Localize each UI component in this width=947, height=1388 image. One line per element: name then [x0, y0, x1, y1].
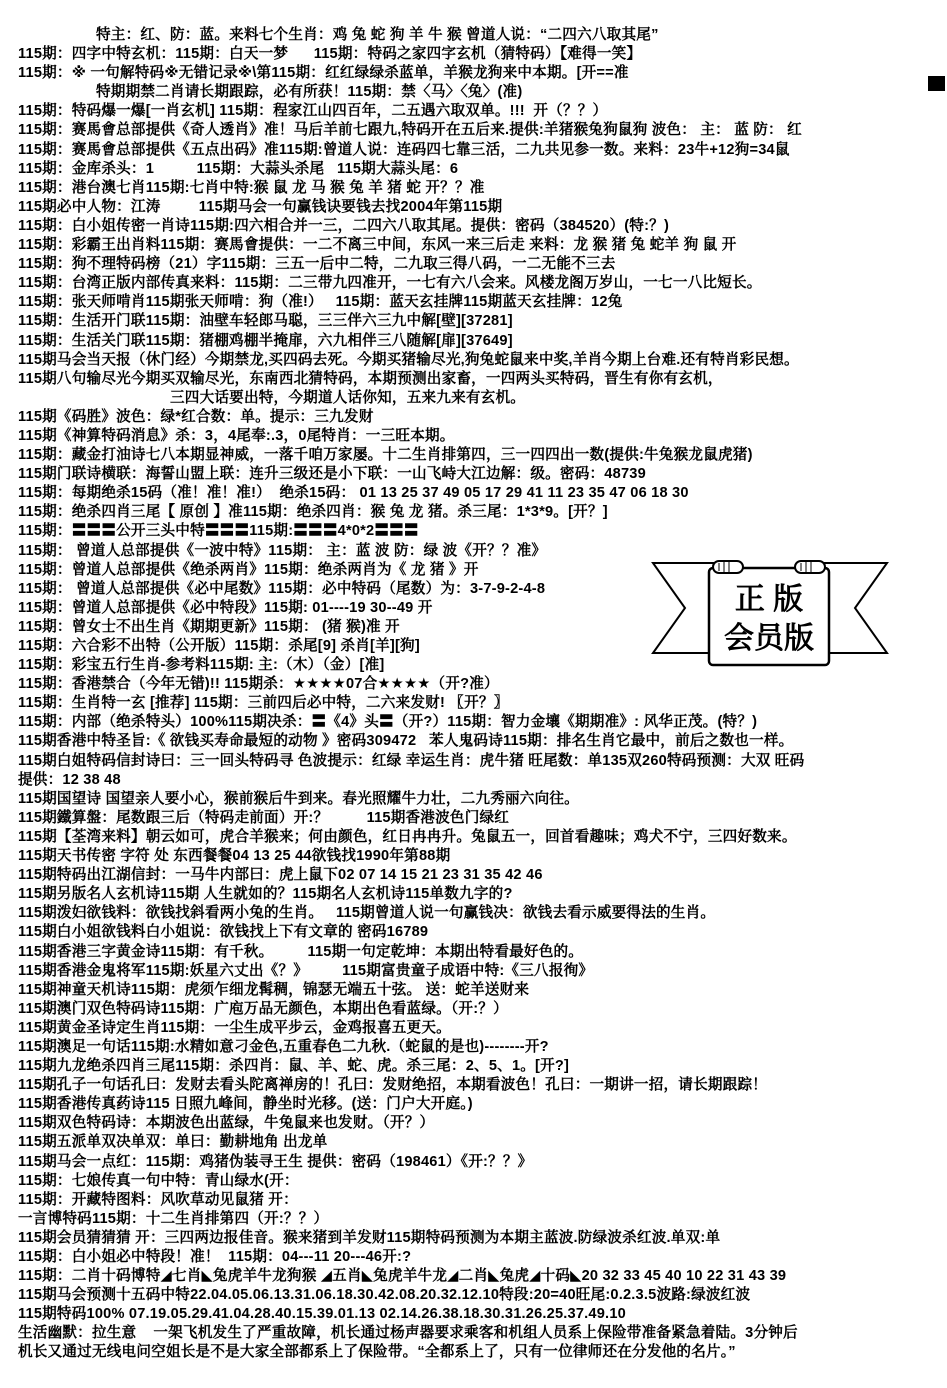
text-line: 特期期禁二肖请长期跟踪，必有所获！115期：禁〈马〉〈兔〉(准) [18, 83, 947, 102]
text-line: 115期：彩霸王出肖料115期：赛馬會提供：一二不离三中间，东风一来三后走 来料… [18, 236, 947, 255]
text-line: 115期澳足一句话115期:水精如意刁金色,五重春色二九秋.（蛇鼠的是也)---… [18, 1038, 947, 1057]
text-line: 115期：绝杀四肖三尾【 原创 】准115期：绝杀四肖：猴 兔 龙 猪。杀三尾：… [18, 503, 947, 522]
text-line: 115期孔子一句话孔曰：发财去看头陀离禅房的！孔曰：发财绝招，本期看波色！孔曰：… [18, 1076, 947, 1095]
black-mark [928, 76, 945, 91]
text-line: 115期另版名人玄机诗115期 人生就如的？115期名人玄机诗115单数九字的? [18, 885, 947, 904]
text-line: 115期澳门双色特码诗115期：广庖万品无颜色，本期出色看蓝绿。（开:？） [18, 1000, 947, 1019]
text-line: 115期特码100% 07.19.05.29.41.04.28.40.15.39… [18, 1305, 947, 1324]
text-line: 115期门联诗横联：海誓山盟上联：连升三级还是小下联：一山飞峙大江边解：级。密码… [18, 465, 947, 484]
text-line: 提供：12 38 48 [18, 771, 947, 790]
text-line: 115期特码出江湖信封：一马牛内部曰：虎上鼠下02 07 14 15 21 23… [18, 866, 947, 885]
text-line: 115期：四字中特玄机：115期：白天一梦 115期：特码之家四字玄机（猜特码）… [18, 45, 947, 64]
text-line: 115期：白小姐传密一肖诗115期:四六相合并一三，二四六八取其尾。提供：密码（… [18, 217, 947, 236]
text-line: 115期：特码爆一爆[一肖玄机] 115期：程家江山四百年，二五遇六取双单。!!… [18, 102, 947, 121]
text-line: 115期会员猜猜猜 开：三四两边报佳音。猴来猪到羊发财115期特码预测为本期主蓝… [18, 1229, 947, 1248]
text-line: 115期马会预测十五码中特22.04.05.06.13.31.06.18.30.… [18, 1286, 947, 1305]
text-line: 115期【荃湾来料】朝云如可，虎合羊猴来；何由颜色，红日冉冉升。兔鼠五一，回首看… [18, 828, 947, 847]
text-line: 115期香港三字黄金诗115期：有千秋。 115期一句定乾坤：本期出特看最好色的… [18, 943, 947, 962]
text-line: 115期：白小姐必中特段！准！ 115期：04---11 20---46开:? [18, 1248, 947, 1267]
lottery-tips-document: 特主：红、防：蓝。来料七个生肖：鸡 兔 蛇 狗 羊 牛 猴 曾道人说：“二四六八… [0, 0, 947, 1388]
text-line: 115期：生活关门联115期：猪棚鸡棚半掩扉，六九相伴三八随解[扉][37649… [18, 332, 947, 351]
text-line: 115期《码胜》波色：绿*红合数：单。提示：三九发财 [18, 408, 947, 427]
text-line: 115期马会一点红：115期：鸡猪伪装寻王生 提供：密码（198461）《开:？… [18, 1153, 947, 1172]
document-text-block: 特主：红、防：蓝。来料七个生肖：鸡 兔 蛇 狗 羊 牛 猴 曾道人说：“二四六八… [18, 26, 947, 1363]
text-line: 115期双色特码诗：本期波色出蓝绿，牛兔鼠来也发财。（开？） [18, 1114, 947, 1133]
text-line: 115期香港金鬼将军115期:妖星六丈出《？》 115期富贵童子成语中特:《三八… [18, 962, 947, 981]
text-line: 115期：〓〓〓公开三头中特〓〓〓115期:〓〓〓4*0*2〓〓〓 [18, 522, 947, 541]
text-line: 特主：红、防：蓝。来料七个生肖：鸡 兔 蛇 狗 羊 牛 猴 曾道人说：“二四六八… [18, 26, 947, 45]
text-line: 115期白小姐欲钱料白小姐说：欲钱找上下有文章的 密码16789 [18, 923, 947, 942]
text-line: 115期八句输尽光今期买双输尽光，东南西北猜特码，本期预测出家畜，一四两头买特码… [18, 370, 947, 389]
text-line: 115期国望诗 国望亲人要小心，猴前猴后牛到来。春光照耀牛力壮，二九秀丽六向往。 [18, 790, 947, 809]
text-line: 115期：金库杀头：1 115期：大蒜头杀尾 115期大蒜头尾：6 [18, 160, 947, 179]
ribbon-text-line1: 正 版 [735, 583, 803, 616]
text-line: 115期五派单双决单双：单曰：勤耕地角 出龙单 [18, 1133, 947, 1152]
text-line: 115期：七娘传真一句中特：青山绿水(开： [18, 1172, 947, 1191]
text-line: 115期：内部（绝杀特头）100%115期决杀：〓《4》头〓（开?）115期：智… [18, 713, 947, 732]
text-line: 115期：二肖十码博特◢七肖◣兔虎羊牛龙狗猴 ◢五肖◣兔虎羊牛龙◢二肖◣兔虎◢十… [18, 1267, 947, 1286]
text-line: 115期：赛馬會总部提供《奇人透肖》准！马后羊前七跟九,特码开在五后来.提供:羊… [18, 121, 947, 140]
scroll-curl-left-icon [713, 561, 743, 573]
text-line: 115期：台湾正版内部传真来料：115期：二三带九四准开，一七有六八会来。风楼龙… [18, 274, 947, 293]
text-line: 一言博特码115期：十二生肖排第四（开:？？） [18, 1210, 947, 1229]
text-line: 115期：生活开门联115期：油壁车轻郎马聪，三三伴六三九中解[壁][37281… [18, 312, 947, 331]
text-line: 115期：※ 一句解特码※无错记录※\第115期：红红绿绿杀蓝单，羊猴龙狗来中本… [18, 64, 947, 83]
text-line: 三四大话要出特，今期道人话你知，五来九来有玄机。 [18, 389, 947, 408]
text-line: 115期泼妇欲钱料：欲钱找斜看两小兔的生肖。 115期曾道人说一句赢钱决：欲钱去… [18, 904, 947, 923]
text-line: 115期香港中特圣旨:《 欲钱买寿命最短的动物 》密码309472 苯人鬼码诗1… [18, 732, 947, 751]
authenticity-ribbon: 正 版 会员版 [645, 553, 895, 673]
text-line: 机长又通过无线电问空姐长是不是大家全部都系上了保险带。“全都系上了，只有一位律师… [18, 1343, 947, 1362]
text-line: 115期：港台澳七肖115期:七肖中特:猴 鼠 龙 马 猴 兔 羊 猪 蛇 开？… [18, 179, 947, 198]
text-line: 115期白姐特码信封诗曰：三一回头特码寻 色波提示：红绿 幸运生肖：虎牛猪 旺尾… [18, 752, 947, 771]
text-line: 115期：生肖特一玄 [推荐] 115期：三前四后必中特，二六来发财! 〖开？〗 [18, 694, 947, 713]
ribbon-text-line2: 会员版 [724, 622, 814, 655]
text-line: 115期：藏金打油诗七八本期显神威，一落千咱万家屡。十二生肖排第四，三一四四出一… [18, 446, 947, 465]
text-line: 115期鐵算盤：尾数跟三后（特码走前面）开:？ 115期香港波色门绿红 [18, 809, 947, 828]
text-line: 115期：赛馬會总部提供《五点出码》准115期:曾道人说：连码四七靠三活，二九共… [18, 141, 947, 160]
text-line: 115期：香港禁合（今年无错)!! 115期杀：★★★★07合★★★★（开?准） [18, 675, 947, 694]
text-line: 115期神童天机诗115期：虎须乍细龙髯稠，锦瑟无端五十弦。 送：蛇羊送财来 [18, 981, 947, 1000]
scroll-curl-right-icon [795, 561, 825, 573]
text-line: 115期九龙绝杀四肖三尾115期：杀四肖：鼠、羊、蛇、虎。杀三尾：2、5、1。[… [18, 1057, 947, 1076]
text-line: 115期《神算特码消息》杀：3，4尾奉:.3，0尾特肖：一三旺本期。 [18, 427, 947, 446]
text-line: 生活幽默：拉生意 一架飞机发生了严重故障，机长通过杨声器要求乘客和机组人员系上保… [18, 1324, 947, 1343]
text-line: 115期：开藏特图料：风吹草动见鼠猪 开： [18, 1191, 947, 1210]
text-line: 115期香港传真药诗115 日照九峰间，静坐时光移。(送：门户大开庭。) [18, 1095, 947, 1114]
text-line: 115期黄金圣诗定生肖115期：一尘生成平步云，金鸡报喜五更天。 [18, 1019, 947, 1038]
text-line: 115期：狗不理特码榜（21）字115期：三五一后中二特，二九取三得八码，一二无… [18, 255, 947, 274]
text-line: 115期马会当天报（休门经）今期禁龙,买四码去死。今期买猪输尽光,狗兔蛇鼠来中奖… [18, 351, 947, 370]
text-line: 115期天书传密 字符 处 东西餐餐04 13 25 44欲钱找1990年第88… [18, 847, 947, 866]
text-line: 115期：张天师啃肖115期张天师啃：狗（准!） 115期：蓝天玄挂牌115期蓝… [18, 293, 947, 312]
text-line: 115期必中人物：江涛 115期马会一句赢钱诀要钱去找2004年第115期 [18, 198, 947, 217]
text-line: 115期：每期绝杀15码（准！准！准!） 绝杀15码： 01 13 25 37 … [18, 484, 947, 503]
